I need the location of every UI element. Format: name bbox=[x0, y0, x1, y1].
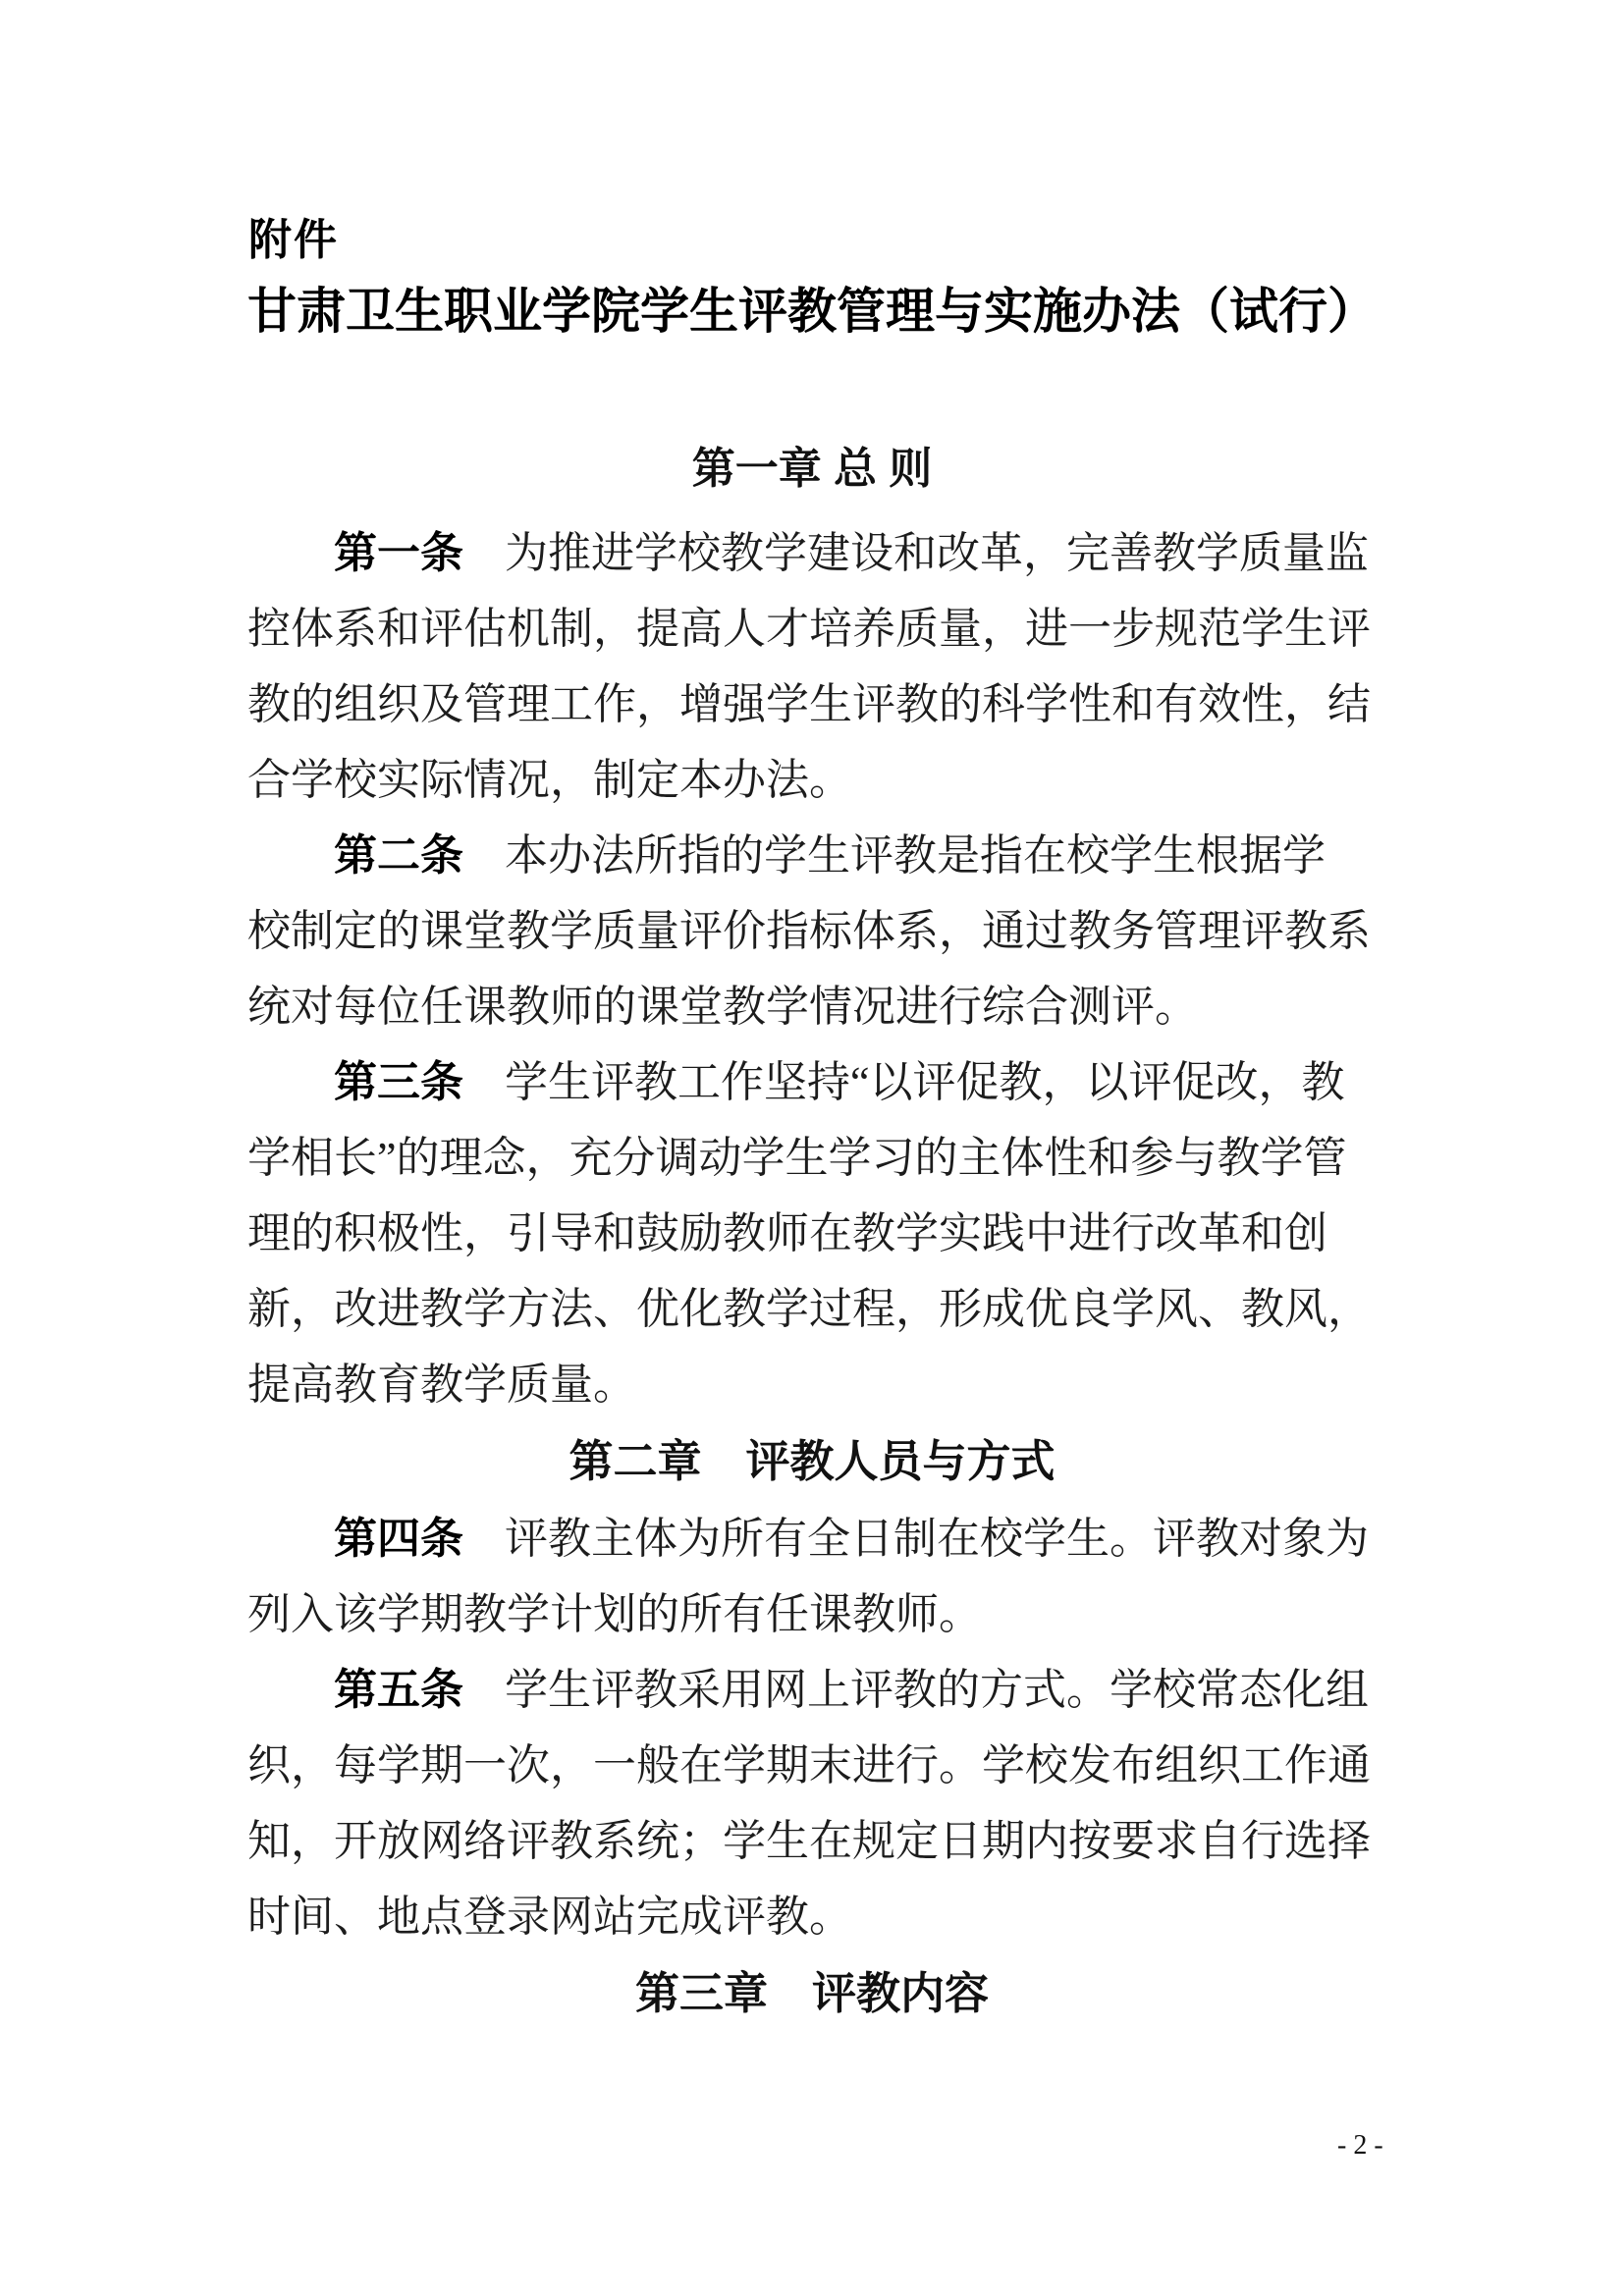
article-2-line-3: 统对每位任课教师的课堂教学情况进行综合测评。 bbox=[247, 969, 1377, 1044]
article-4-line-2: 列入该学期教学计划的所有任课教师。 bbox=[247, 1576, 1377, 1652]
chapter-3-heading: 第三章 评教内容 bbox=[247, 1954, 1377, 2033]
article-4-text-1: 评教主体为所有全日制在校学生。评教对象为 bbox=[505, 1515, 1369, 1563]
article-3-line-5: 提高教育教学质量。 bbox=[247, 1347, 1377, 1422]
article-3-line-4: 新，改进教学方法、优化教学过程，形成优良学风、教风， bbox=[247, 1271, 1377, 1347]
document-page: 附件 甘肃卫生职业学院学生评教管理与实施办法（试行） 第一章 总 则 第一条为推… bbox=[0, 0, 1624, 2296]
article-4-term: 第四条 bbox=[334, 1515, 463, 1563]
article-5-line-2: 织，每学期一次，一般在学期末进行。学校发布组织工作通 bbox=[247, 1728, 1377, 1803]
article-4-line-1: 第四条评教主体为所有全日制在校学生。评教对象为 bbox=[247, 1501, 1377, 1576]
article-1-term: 第一条 bbox=[334, 529, 463, 577]
article-3-term: 第三条 bbox=[334, 1058, 463, 1106]
article-5-term: 第五条 bbox=[334, 1666, 463, 1714]
document-title: 甘肃卫生职业学院学生评教管理与实施办法（试行） bbox=[247, 286, 1377, 338]
article-3-line-1: 第三条学生评教工作坚持“以评促教，以评促改，教 bbox=[247, 1044, 1377, 1120]
article-1-line-2: 控体系和评估机制，提高人才培养质量，进一步规范学生评 bbox=[247, 591, 1377, 667]
article-5-text-1: 学生评教采用网上评教的方式。学校常态化组 bbox=[505, 1666, 1369, 1714]
article-3-line-3: 理的积极性，引导和鼓励教师在教学实践中进行改革和创 bbox=[247, 1196, 1377, 1271]
article-3-text-1: 学生评教工作坚持“以评促教，以评促改，教 bbox=[505, 1058, 1345, 1106]
chapter-2-heading: 第二章 评教人员与方式 bbox=[247, 1422, 1377, 1501]
attachment-label: 附件 bbox=[248, 219, 339, 262]
article-5-line-4: 时间、地点登录网站完成评教。 bbox=[247, 1879, 1377, 1954]
document-body: 第一条为推进学校教学建设和改革，完善教学质量监 控体系和评估机制，提高人才培养质… bbox=[247, 515, 1377, 2033]
chapter-1-heading: 第一章 总 则 bbox=[247, 448, 1377, 491]
article-1-line-4: 合学校实际情况，制定本办法。 bbox=[247, 742, 1377, 818]
article-2-line-1: 第二条本办法所指的学生评教是指在校学生根据学 bbox=[247, 818, 1377, 893]
page-number: - 2 - bbox=[1337, 2132, 1383, 2160]
article-2-text-1: 本办法所指的学生评教是指在校学生根据学 bbox=[505, 831, 1326, 880]
article-2-term: 第二条 bbox=[334, 831, 463, 880]
article-5-line-1: 第五条学生评教采用网上评教的方式。学校常态化组 bbox=[247, 1652, 1377, 1728]
article-5-line-3: 知，开放网络评教系统；学生在规定日期内按要求自行选择 bbox=[247, 1803, 1377, 1879]
article-1-line-3: 教的组织及管理工作，增强学生评教的科学性和有效性，结 bbox=[247, 667, 1377, 742]
article-1-line-1: 第一条为推进学校教学建设和改革，完善教学质量监 bbox=[247, 515, 1377, 591]
article-2-line-2: 校制定的课堂教学质量评价指标体系，通过教务管理评教系 bbox=[247, 893, 1377, 969]
article-3-line-2: 学相长”的理念，充分调动学生学习的主体性和参与教学管 bbox=[247, 1120, 1377, 1196]
article-1-text-1: 为推进学校教学建设和改革，完善教学质量监 bbox=[505, 529, 1369, 577]
